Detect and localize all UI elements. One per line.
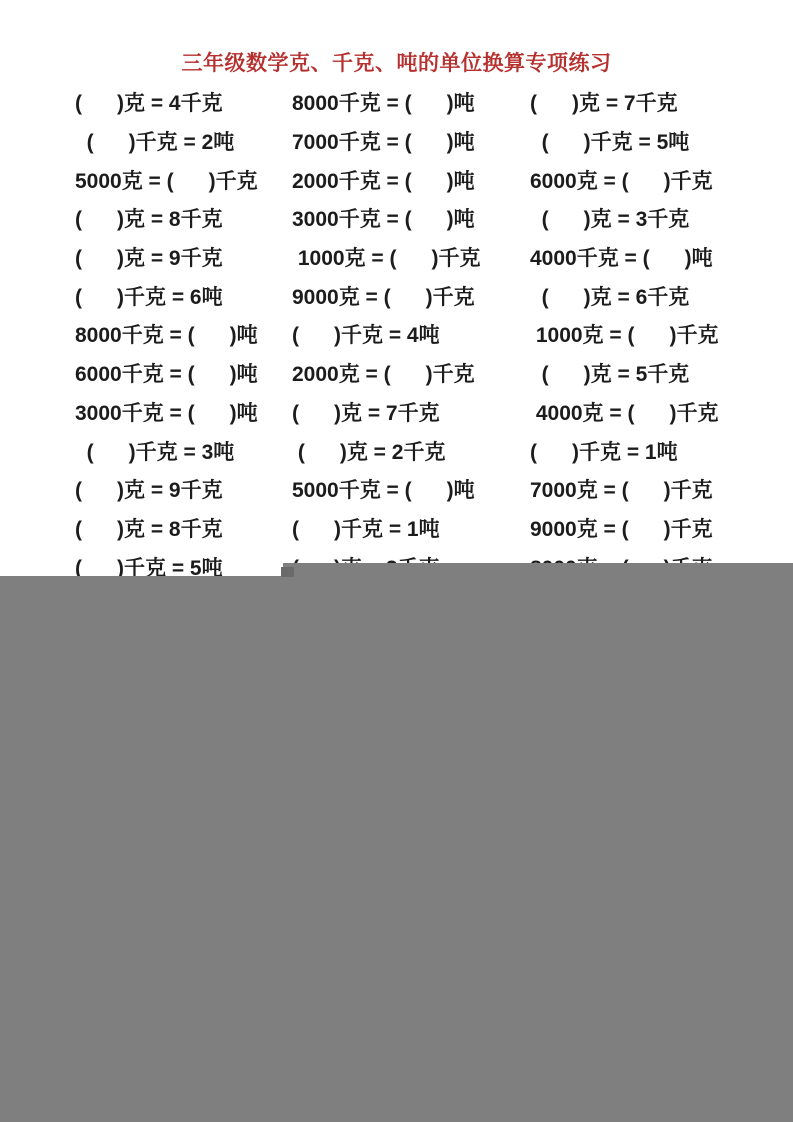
- exercise-row: ( )克 = 4千克8000千克 = ( )吨( )克 = 7千克: [0, 83, 793, 122]
- exercise-cell: 4000克 = ( )千克: [530, 397, 793, 427]
- exercise-cell: 3000千克 = ( )吨: [75, 397, 292, 427]
- exercise-row: 8000千克 = ( )吨( )千克 = 4吨 1000克 = ( )千克: [0, 315, 793, 354]
- gray-overlay: [0, 576, 793, 1122]
- exercise-row: ( )千克 = 3吨 ( )克 = 2千克( )千克 = 1吨: [0, 431, 793, 470]
- exercise-cell: 5000千克 = ( )吨: [292, 474, 530, 504]
- exercise-cell: ( )克 = 8千克: [75, 203, 292, 233]
- exercise-cell: ( )克 = 8千克: [75, 513, 292, 543]
- exercise-row: ( )克 = 8千克( )千克 = 1吨9000克 = ( )千克: [0, 509, 793, 548]
- exercise-cell: ( )克 = 7千克: [292, 397, 530, 427]
- exercise-cell: ( )千克 = 4吨: [292, 319, 530, 349]
- exercise-list: ( )克 = 4千克8000千克 = ( )吨( )克 = 7千克 ( )千克 …: [0, 83, 793, 586]
- exercise-cell: 9000克 = ( )千克: [292, 281, 530, 311]
- exercise-cell: 9000克 = ( )千克: [530, 513, 793, 543]
- exercise-row: ( )克 = 8千克3000千克 = ( )吨 ( )克 = 3千克: [0, 199, 793, 238]
- exercise-cell: ( )千克 = 3吨: [75, 436, 292, 466]
- exercise-cell: 8000千克 = ( )吨: [292, 87, 530, 117]
- exercise-cell: 5000克 = ( )千克: [75, 165, 292, 195]
- exercise-cell: ( )克 = 9千克: [75, 474, 292, 504]
- exercise-cell: ( )克 = 9千克: [75, 242, 292, 272]
- exercise-cell: 4000千克 = ( )吨: [530, 242, 793, 272]
- exercise-cell: 7000千克 = ( )吨: [292, 126, 530, 156]
- exercise-cell: ( )克 = 6千克: [530, 281, 793, 311]
- exercise-cell: ( )克 = 5千克: [530, 358, 793, 388]
- exercise-cell: 3000千克 = ( )吨: [292, 203, 530, 233]
- exercise-cell: ( )克 = 3千克: [530, 203, 793, 233]
- exercise-cell: ( )克 = 4千克: [75, 87, 292, 117]
- exercise-row: ( )克 = 9千克 1000克 = ( )千克4000千克 = ( )吨: [0, 238, 793, 277]
- exercise-cell: ( )千克 = 2吨: [75, 126, 292, 156]
- exercise-row: 5000克 = ( )千克2000千克 = ( )吨6000克 = ( )千克: [0, 160, 793, 199]
- gray-overlay-corner-patch: [281, 567, 294, 577]
- exercise-cell: ( )千克 = 1吨: [530, 436, 793, 466]
- exercise-row: 6000千克 = ( )吨2000克 = ( )千克 ( )克 = 5千克: [0, 354, 793, 393]
- gray-overlay-step: [283, 563, 793, 577]
- exercise-row: ( )千克 = 6吨9000克 = ( )千克 ( )克 = 6千克: [0, 276, 793, 315]
- worksheet-page: 三年级数学克、千克、吨的单位换算专项练习 ( )克 = 4千克8000千克 = …: [0, 0, 793, 1122]
- exercise-cell: 7000克 = ( )千克: [530, 474, 793, 504]
- exercise-cell: 2000克 = ( )千克: [292, 358, 530, 388]
- exercise-row: ( )千克 = 2吨7000千克 = ( )吨 ( )千克 = 5吨: [0, 122, 793, 161]
- exercise-cell: ( )千克 = 5吨: [530, 126, 793, 156]
- exercise-cell: 1000克 = ( )千克: [530, 319, 793, 349]
- exercise-row: 3000千克 = ( )吨( )克 = 7千克 4000克 = ( )千克: [0, 393, 793, 432]
- exercise-cell: 6000千克 = ( )吨: [75, 358, 292, 388]
- exercise-cell: ( )千克 = 1吨: [292, 513, 530, 543]
- exercise-cell: 1000克 = ( )千克: [292, 242, 530, 272]
- exercise-cell: 6000克 = ( )千克: [530, 165, 793, 195]
- exercise-cell: 8000千克 = ( )吨: [75, 319, 292, 349]
- exercise-cell: ( )克 = 2千克: [292, 436, 530, 466]
- exercise-cell: ( )千克 = 6吨: [75, 281, 292, 311]
- page-title: 三年级数学克、千克、吨的单位换算专项练习: [0, 47, 793, 77]
- exercise-cell: ( )克 = 7千克: [530, 87, 793, 117]
- exercise-cell: 2000千克 = ( )吨: [292, 165, 530, 195]
- exercise-row: ( )克 = 9千克5000千克 = ( )吨7000克 = ( )千克: [0, 470, 793, 509]
